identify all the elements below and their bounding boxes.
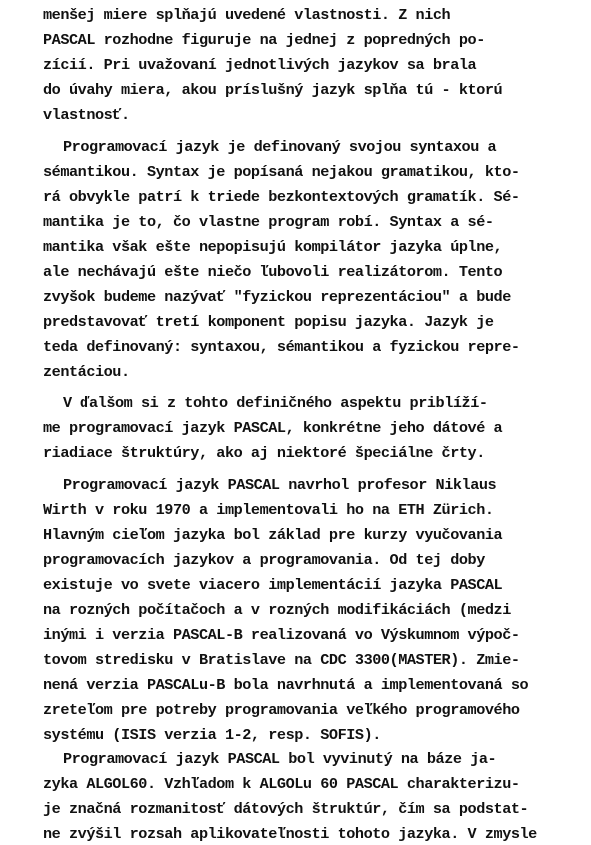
text-line: zentáciou. xyxy=(43,362,130,382)
text-line: vlastnosť. xyxy=(43,105,130,125)
text-line: menšej miere splňajú uvedené vlastnosti.… xyxy=(43,5,450,25)
text-line: PASCAL rozhodne figuruje na jednej z pop… xyxy=(43,30,485,50)
text-line: existuje vo svete viacero implementácií … xyxy=(43,575,502,595)
text-line: zícií. Pri uvažovaní jednotlivých jazyko… xyxy=(43,55,476,75)
text-line: zreteľom pre potreby programovania veľké… xyxy=(43,700,520,720)
text-line: sémantikou. Syntax je popísaná nejakou g… xyxy=(43,162,520,182)
text-line: Hlavným cieľom jazyka bol základ pre kur… xyxy=(43,525,502,545)
text-line: teda definovaný: syntaxou, sémantikou a … xyxy=(43,337,520,357)
text-line: Programovací jazyk PASCAL bol vyvinutý n… xyxy=(63,749,496,769)
text-line: systému (ISIS verzia 1-2, resp. SOFIS). xyxy=(43,725,381,745)
text-line: nená verzia PASCALu-B bola navrhnutá a i… xyxy=(43,675,528,695)
text-line: V ďalšom si z tohto definičného aspektu … xyxy=(63,393,488,413)
text-line: zvyšok budeme nazývať "fyzickou reprezen… xyxy=(43,287,511,307)
text-line: programovacích jazykov a programovania. … xyxy=(43,550,485,570)
text-line: tovom stredisku v Bratislave na CDC 3300… xyxy=(43,650,520,670)
text-line: Programovací jazyk je definovaný svojou … xyxy=(63,137,496,157)
text-line: ne zvýšil rozsah aplikovateľnosti tohoto… xyxy=(43,824,537,844)
text-line: rá obvykle patrí k triede bezkontextovýc… xyxy=(43,187,520,207)
text-line: predstavovať tretí komponent popisu jazy… xyxy=(43,312,494,332)
text-line: Wirth v roku 1970 a implementovali ho na… xyxy=(43,500,494,520)
text-line: na rozných počítačoch a v rozných modifi… xyxy=(43,600,511,620)
text-line: inými i verzia PASCAL-B realizovaná vo V… xyxy=(43,625,520,645)
text-line: je značná rozmanitosť dátových štruktúr,… xyxy=(43,799,528,819)
text-line: riadiace štruktúry, ako aj niektoré špec… xyxy=(43,443,485,463)
document-page: menšej miere splňajú uvedené vlastnosti.… xyxy=(0,0,591,845)
text-line: me programovací jazyk PASCAL, konkrétne … xyxy=(43,418,502,438)
text-line: zyka ALGOL60. Vzhľadom k ALGOLu 60 PASCA… xyxy=(43,774,520,794)
text-line: do úvahy miera, akou príslušný jazyk spl… xyxy=(43,80,502,100)
text-line: mantika je to, čo vlastne program robí. … xyxy=(43,212,494,232)
text-line: mantika však ešte nepopisujú kompilátor … xyxy=(43,237,502,257)
text-line: Programovací jazyk PASCAL navrhol profes… xyxy=(63,475,496,495)
text-line: ale nechávajú ešte niečo ľubovoli realiz… xyxy=(43,262,502,282)
